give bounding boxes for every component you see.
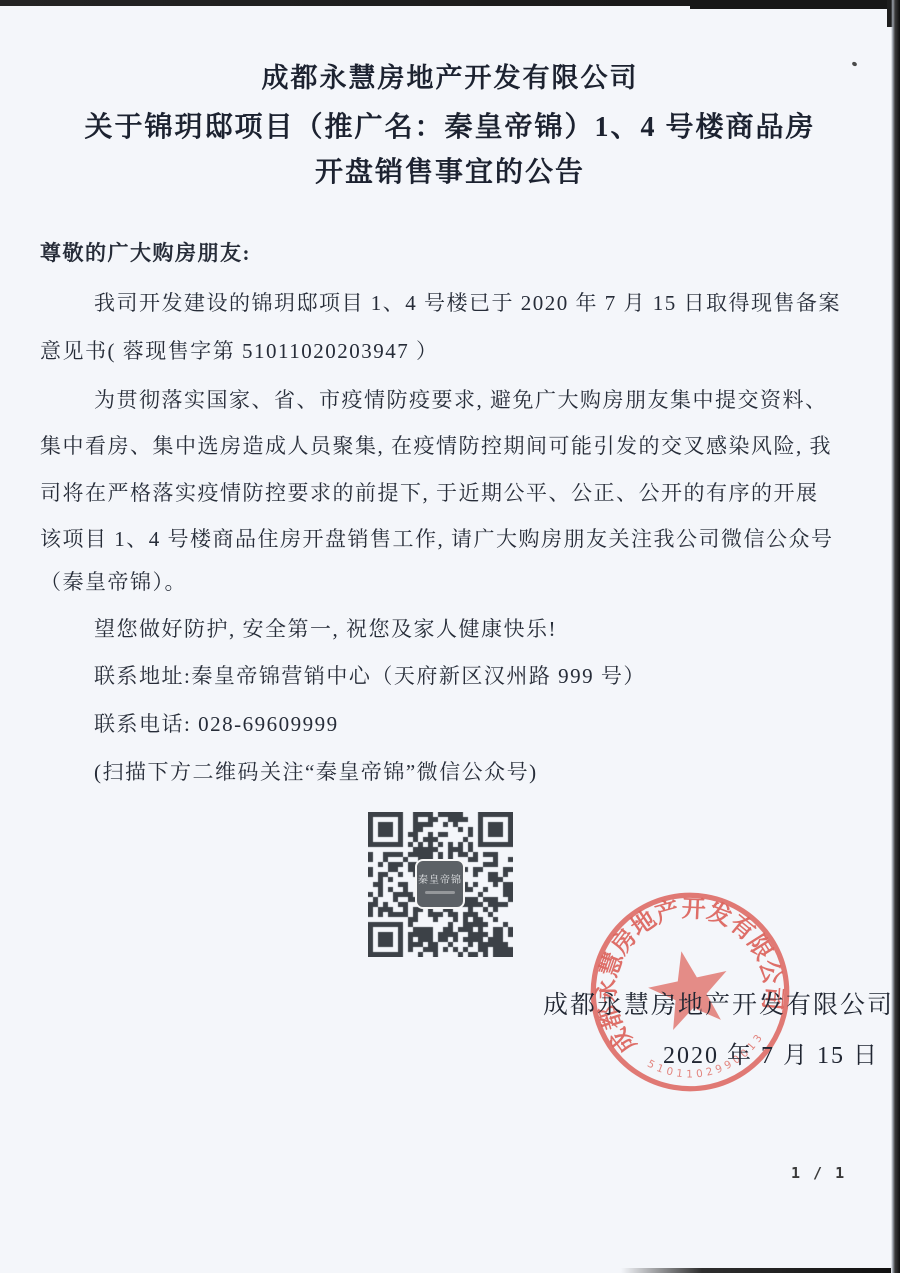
scan-edge-bottom-right: [621, 1268, 891, 1273]
contact-phone-line: 联系电话: 028-69609999: [94, 708, 339, 738]
signature-company-name: 成都永慧房地产开发有限公司: [543, 985, 894, 1021]
scan-edge-right: [891, 0, 900, 1273]
body-line: （秦皇帝锦）。: [40, 566, 187, 596]
qr-center-logo: 秦皇帝锦: [415, 859, 465, 909]
body-line: 意见书( 蓉现售字第 51011020203947 ）: [40, 335, 438, 365]
body-line: 为贯彻落实国家、省、市疫情防疫要求, 避免广大购房朋友集中提交资料、: [94, 384, 828, 414]
qr-logo-subline: [425, 891, 455, 894]
document-title-subject-line1: 关于锦玥邸项目（推广名：秦皇帝锦）1、4 号楼商品房: [0, 105, 900, 145]
contact-address-line: 联系地址:秦皇帝锦营销中心（天府新区汉州路 999 号）: [94, 660, 646, 690]
document-title-company: 成都永慧房地产开发有限公司: [0, 56, 900, 95]
body-line: 司将在严格落实疫情防控要求的前提下, 于近期公平、公正、公开的有序的开展: [40, 477, 819, 507]
body-line: 集中看房、集中选房造成人员聚集, 在疫情防控期间可能引发的交叉感染风险, 我: [40, 430, 832, 460]
body-line: 我司开发建设的锦玥邸项目 1、4 号楼已于 2020 年 7 月 15 日取得现…: [94, 287, 841, 317]
document-title-subject-line2: 开盘销售事宜的公告: [0, 150, 900, 190]
body-line: 该项目 1、4 号楼商品住房开盘销售工作, 请广大购房朋友关注我公司微信公众号: [40, 523, 834, 553]
page-indicator: 1 / 1: [791, 1164, 846, 1182]
qr-instruction-line: (扫描下方二维码关注“秦皇帝锦”微信公众号): [94, 756, 538, 786]
signature-date: 2020 年 7 月 15 日: [663, 1035, 879, 1070]
body-line: 望您做好防护, 安全第一, 祝您及家人健康快乐!: [94, 613, 557, 643]
scan-edge-top-right: [690, 0, 900, 9]
greeting-line: 尊敬的广大购房朋友:: [40, 237, 251, 267]
scanned-document-page: 成都永慧房地产开发有限公司 关于锦玥邸项目（推广名：秦皇帝锦）1、4 号楼商品房…: [0, 0, 900, 1273]
qr-logo-label: 秦皇帝锦: [418, 875, 462, 887]
